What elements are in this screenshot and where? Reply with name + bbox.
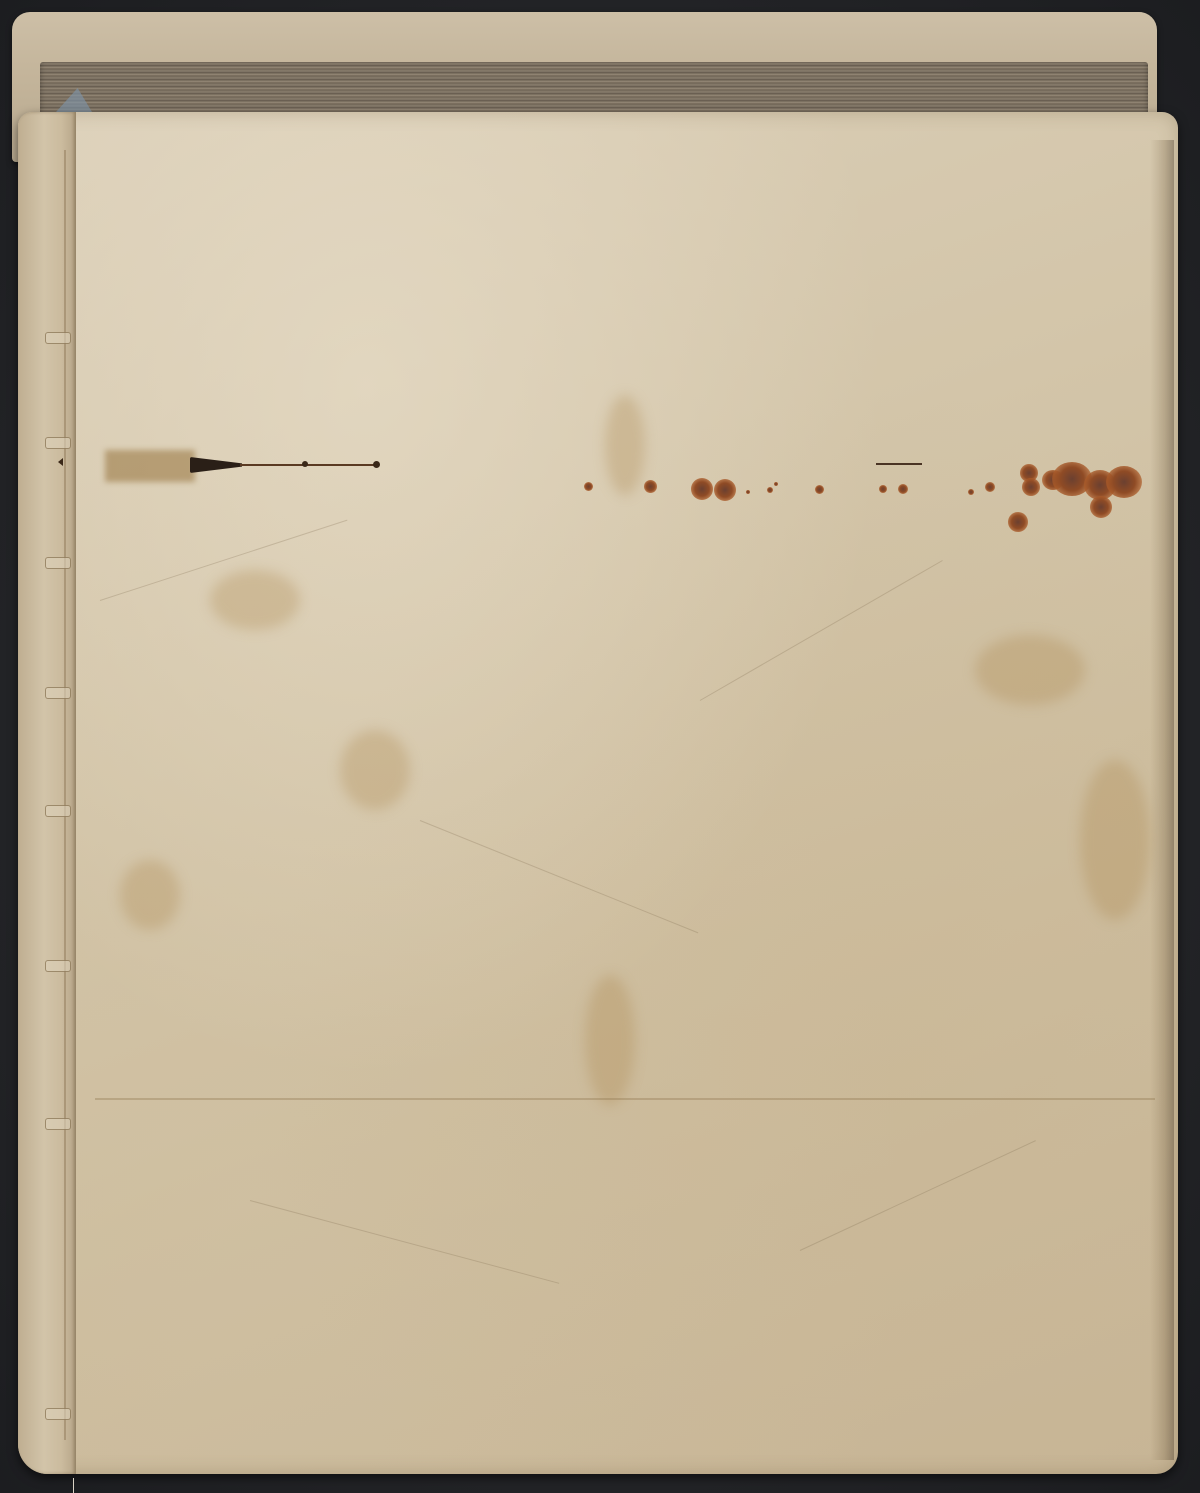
ink-dot xyxy=(302,461,308,467)
sewing-station xyxy=(45,1118,71,1130)
ink-dot xyxy=(373,461,380,468)
rust-spot xyxy=(746,490,750,494)
vellum-front-cover: Blank vellum book cover with ink stroke … xyxy=(18,112,1178,1474)
rust-spot xyxy=(1106,466,1142,498)
water-stain xyxy=(340,730,410,810)
water-stain xyxy=(120,860,180,930)
water-stain xyxy=(210,570,300,630)
cover-fore-edge xyxy=(1150,140,1174,1460)
sewing-station xyxy=(45,805,71,817)
ink-dash xyxy=(876,463,922,465)
rust-spot xyxy=(815,485,824,494)
water-stain xyxy=(585,975,635,1105)
rust-spot xyxy=(879,485,887,493)
loose-thread xyxy=(73,1478,74,1493)
sewing-station xyxy=(45,687,71,699)
rust-spot xyxy=(774,482,778,486)
rust-spot xyxy=(968,489,974,495)
water-stain xyxy=(1080,760,1150,920)
rust-spot xyxy=(898,484,908,494)
rust-spot xyxy=(767,487,773,493)
rust-spot xyxy=(584,482,593,491)
rust-spot xyxy=(644,480,657,493)
ink-stroke-tail xyxy=(240,464,378,466)
rust-spot xyxy=(985,482,995,492)
rust-spot xyxy=(1022,478,1040,496)
water-stain xyxy=(975,635,1085,705)
spine xyxy=(18,112,76,1474)
rust-spot xyxy=(714,479,736,501)
sewing-station xyxy=(45,960,71,972)
sewing-station xyxy=(45,557,71,569)
sewing-station xyxy=(45,437,71,449)
rust-spot xyxy=(1090,496,1112,518)
rust-spot xyxy=(1008,512,1028,532)
cover-crease xyxy=(95,1098,1155,1100)
ink-smudge xyxy=(105,450,195,482)
rust-spot xyxy=(691,478,713,500)
water-stain xyxy=(605,395,645,495)
sewing-station xyxy=(45,1408,71,1420)
sewing-station xyxy=(45,332,71,344)
book-cover-photo: Blank vellum book cover with ink stroke … xyxy=(0,0,1200,1493)
